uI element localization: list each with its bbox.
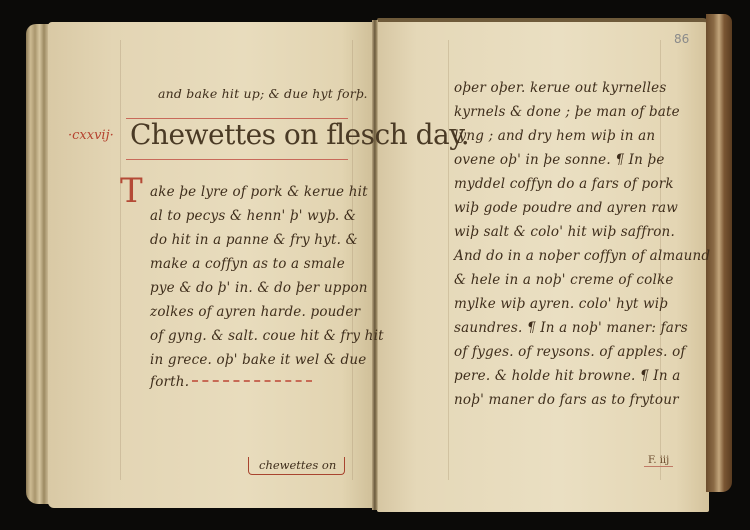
body-line: make a coffyn as to a smale	[150, 256, 345, 272]
body-line: ovene oþ' in þe sonne. ¶ In þe	[454, 152, 665, 168]
body-line: do hit in a panne & fry hyt. &	[150, 232, 358, 248]
open-manuscript: and bake hit up; & due hyt forþ. ·cxxvij…	[0, 0, 750, 530]
body-line: mylke wiþ ayren. colo' hyt wiþ	[454, 296, 668, 312]
catchword: chewettes on	[248, 457, 345, 475]
body-line: saundres. ¶ In a noþ' maner: fars	[454, 320, 688, 336]
body-line: pye & do þ' in. & do þer uppon	[150, 280, 368, 296]
ruling-line	[352, 40, 353, 480]
ruling-line	[120, 40, 121, 480]
body-line: zolkes of ayren harde. pouder	[150, 304, 360, 320]
body-line: ake þe lyre of pork & kerue hit	[150, 184, 368, 200]
body-line: And do in a noþer coffyn of almaund	[454, 248, 710, 264]
gutter-fold	[372, 20, 378, 510]
body-line: myddel coffyn do a fars of pork	[454, 176, 674, 192]
body-line: wiþ gode poudre and ayren raw	[454, 200, 678, 216]
body-line: & hele in a noþ' creme of colke	[454, 272, 674, 288]
body-line: al to pecys & henn' þ' wyþ. &	[150, 208, 356, 224]
body-line: lyng ; and dry hem wiþ in an	[454, 128, 655, 144]
body-line: oþer oþer. kerue out kyrnelles	[454, 80, 666, 96]
body-line: pere. & holde hit browne. ¶ In a	[454, 368, 680, 384]
body-line: of fyges. of reysons. of apples. of	[454, 344, 686, 360]
left-top-line: and bake hit up; & due hyt forþ.	[158, 86, 368, 101]
ruling-line	[448, 40, 449, 480]
body-line: of gyng. & salt. coue hit & fry hit	[150, 328, 384, 344]
body-line: kyrnels & done ; þe man of bate	[454, 104, 680, 120]
line-filler	[192, 380, 312, 382]
signature-mark: F. iij	[644, 455, 673, 467]
body-line: forth.	[150, 374, 189, 390]
recipe-heading: Chewettes on flesch day.	[130, 118, 469, 151]
body-line: wiþ salt & colo' hit wiþ saffron.	[454, 224, 675, 240]
body-line: in grece. oþ' bake it wel & due	[150, 352, 366, 368]
folio-number: 86	[674, 32, 689, 46]
decorated-initial: T	[120, 174, 143, 208]
rubric-number: ·cxxvij·	[68, 128, 114, 143]
body-line: noþ' maner do fars as to frytour	[454, 392, 679, 408]
